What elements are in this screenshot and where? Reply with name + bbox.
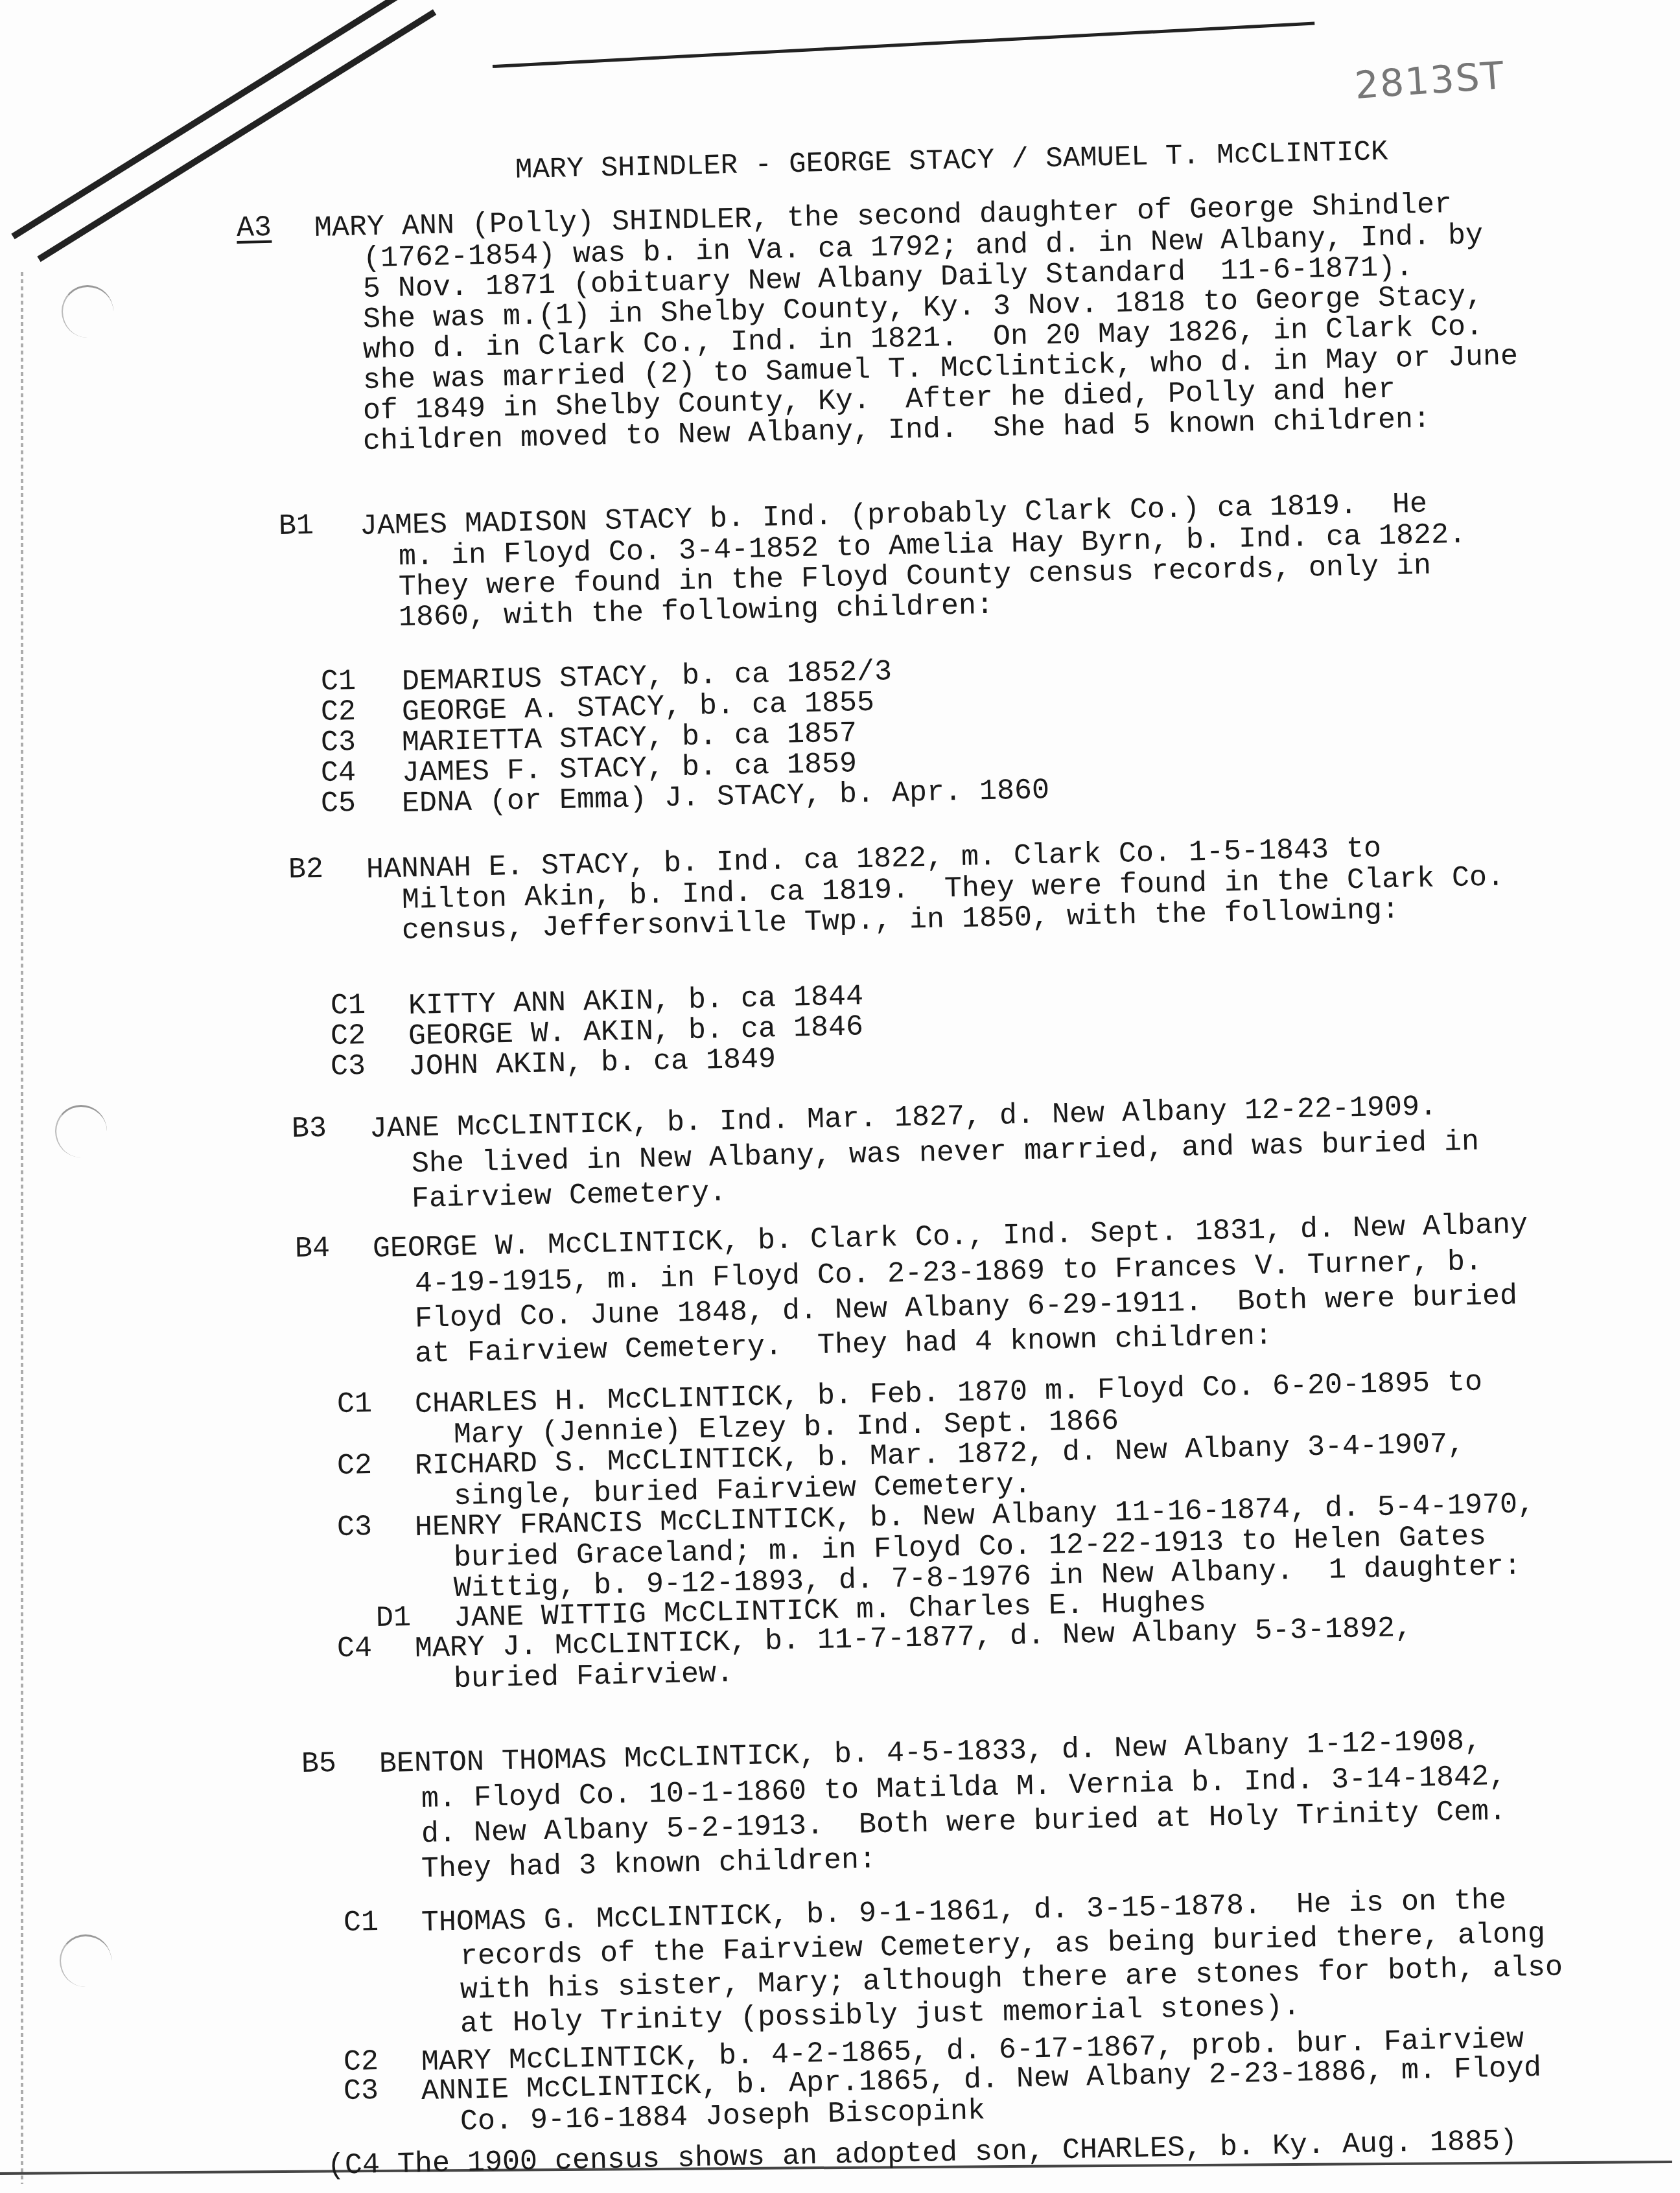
entry-label: D1 (376, 1603, 412, 1633)
page-edge-top (493, 22, 1315, 68)
page-title: MARY SHINDLER - GEORGE STACY / SAMUEL T.… (515, 136, 1388, 187)
punch-hole-icon (62, 285, 113, 338)
entry-label: C1 (337, 1389, 373, 1419)
entry-label: C4 (321, 758, 356, 788)
punch-hole-icon (60, 1934, 111, 1987)
entry-text-line: JOHN AKIN, b. ca 1849 (408, 1045, 776, 1082)
entry-label: C3 (331, 1052, 366, 1082)
entry-text-line: They had 3 known children: (421, 1845, 877, 1884)
folded-corner-edge (11, 0, 432, 239)
entry-label: C1 (321, 667, 356, 697)
entry-label: B3 (292, 1114, 327, 1144)
entry-label: C3 (344, 2076, 379, 2106)
entry-label: A3 (237, 213, 272, 243)
entry-label: C5 (321, 789, 356, 818)
entry-text-line: Fairview Cemetery. (412, 1178, 727, 1214)
scanned-document-page: 2813ST MARY SHINDLER - GEORGE STACY / SA… (0, 0, 1680, 2193)
entry-label: B5 (301, 1749, 337, 1779)
entry-text-line: buried Fairview. (454, 1659, 734, 1694)
entry-label: C3 (337, 1513, 373, 1542)
page-edge-left (21, 272, 23, 2184)
entry-label: C3 (321, 728, 356, 758)
entry-label: C2 (344, 2047, 379, 2077)
entry-label: C2 (321, 697, 356, 727)
entry-label: C1 (331, 991, 366, 1021)
entry-label: C2 (337, 1451, 373, 1481)
entry-label: C2 (331, 1021, 366, 1051)
entry-label: C4 (337, 1634, 373, 1664)
punch-hole-icon (55, 1105, 107, 1157)
entry-label: C1 (344, 1908, 379, 1938)
entry-label: B2 (288, 855, 324, 885)
handwritten-id: 2813ST (1353, 53, 1506, 108)
entry-label: B1 (279, 511, 314, 541)
entry-label: B4 (295, 1234, 331, 1264)
